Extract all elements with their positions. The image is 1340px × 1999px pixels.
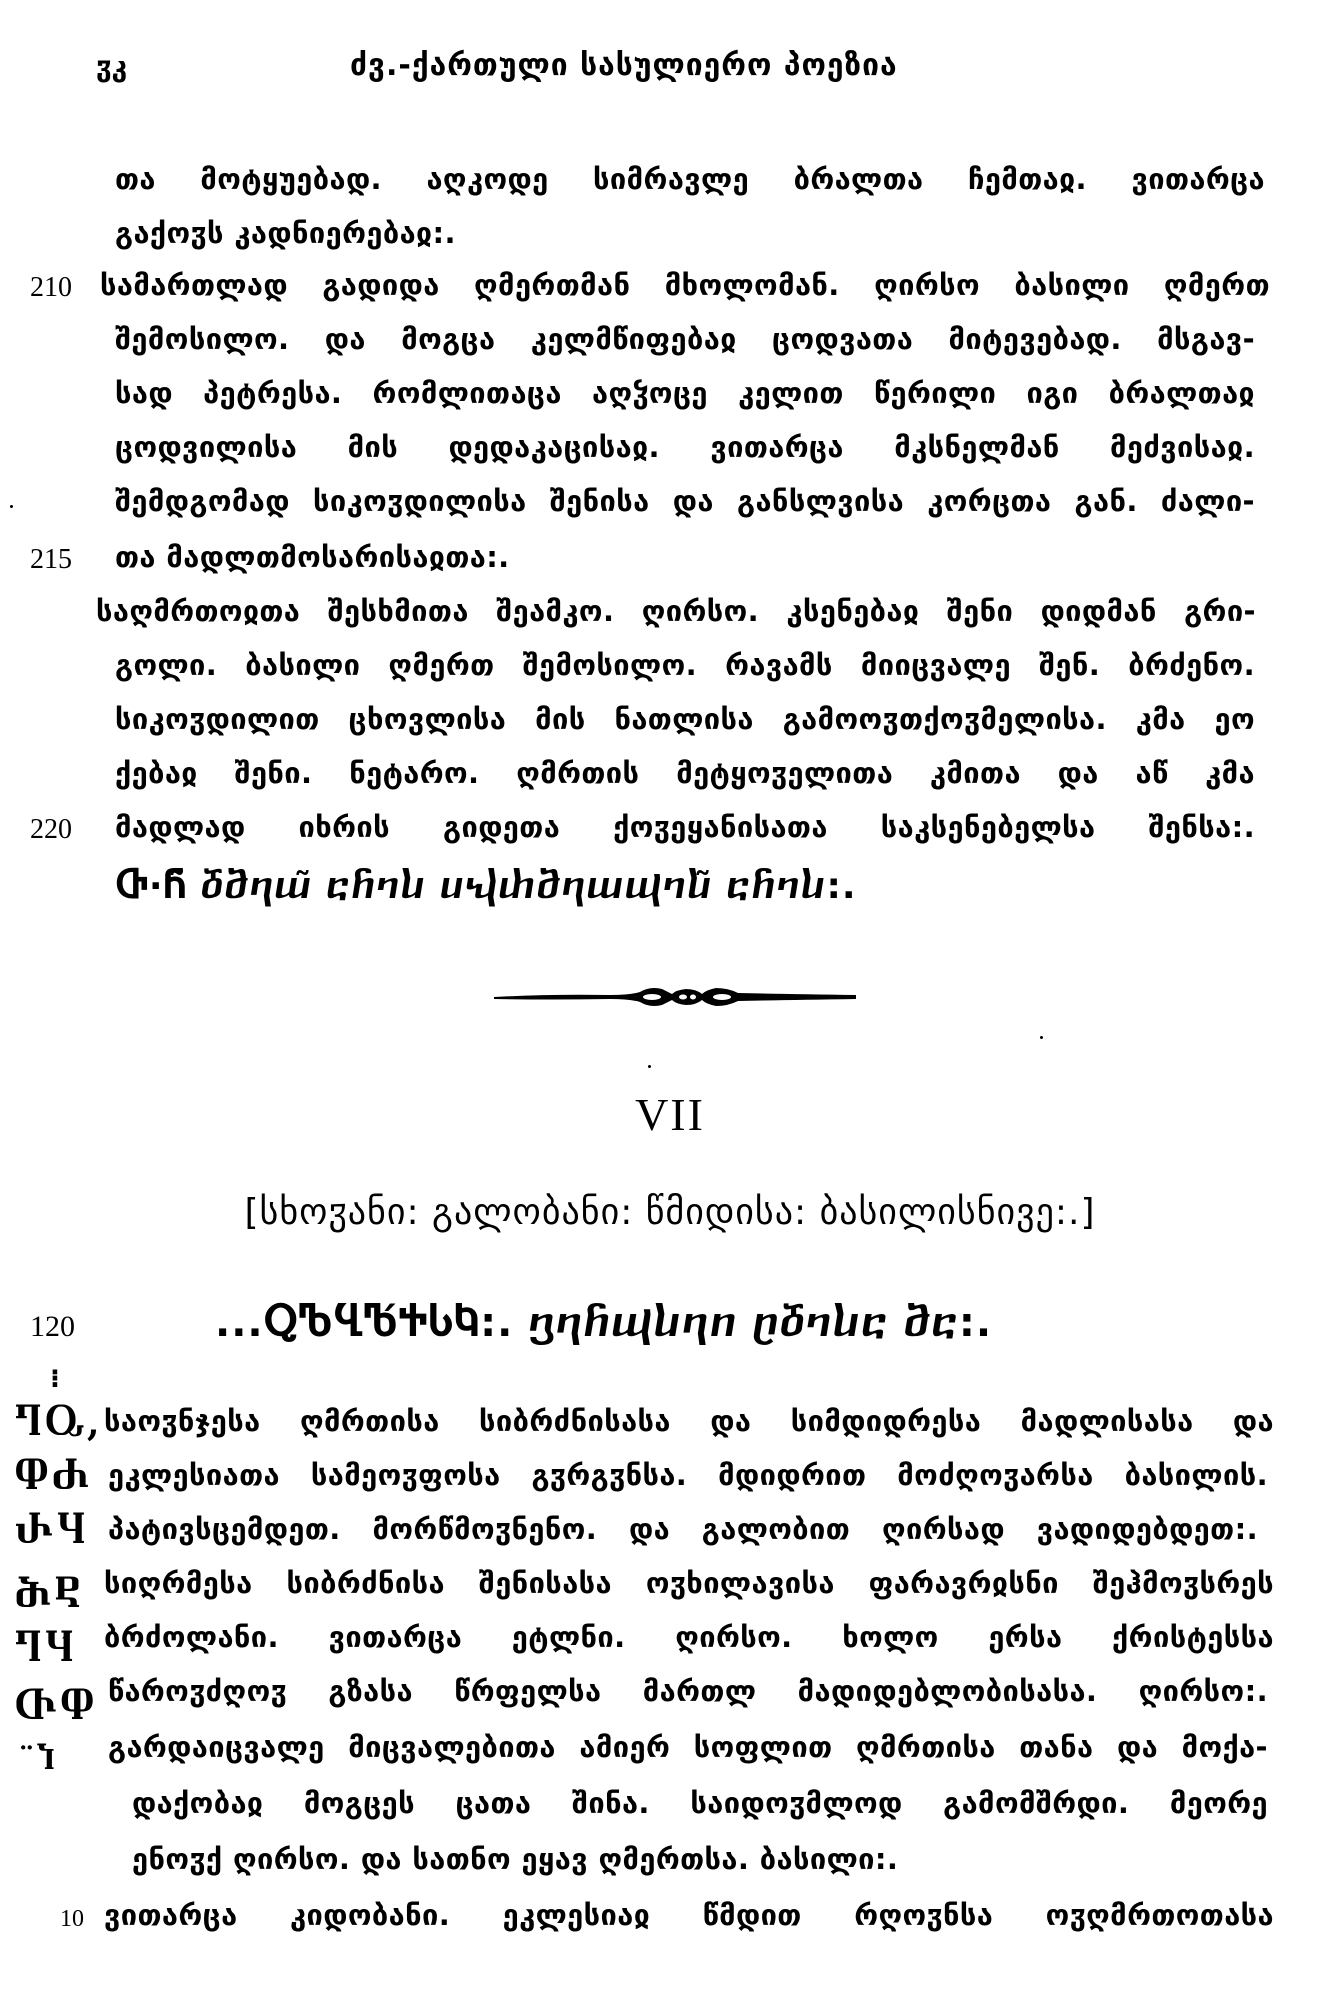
verse-line: 215 თა მადლთმოსარისაჲთა:. bbox=[0, 534, 1340, 586]
verse-line: შემოსილო. და მოგცა კელმწიფებაჲ ცოდვათა მ… bbox=[0, 316, 1340, 368]
incipit-text: ...ႭႪႡႪ́ႵႱႩ:. ⴂⴄⴌⴓⴑⴄⴖ ⴚⴃⴈⴑⴀ ⴋⴀ:. bbox=[215, 1300, 992, 1346]
line-number: 220 bbox=[30, 814, 72, 846]
verse-text: თა მოტყუებად. აღკოდე სიმრავლე ბრალთა ჩემ… bbox=[115, 162, 1265, 196]
verse-line: სად პეტრესა. რომლითაცა აღჴოცე კელით წერი… bbox=[0, 370, 1340, 422]
running-header: ჳკ ძვ.-ქართული სასულიერო პოეზია bbox=[0, 44, 1340, 104]
verse-text: ვითარცა კიდობანი. ეკლესიაჲ წმდით რღოჳნსა… bbox=[104, 1898, 1274, 1932]
marginal-dots: ⁝ bbox=[50, 1364, 60, 1394]
line-number: 210 bbox=[30, 272, 72, 304]
scanned-book-page: ჳკ ძვ.-ქართული სასულიერო პოეზია თა მოტყუ… bbox=[0, 0, 1340, 1999]
verse-line: 210 სამართლად გადიდა ღმერთმან მხოლომან. … bbox=[0, 262, 1340, 314]
verse-text: თა მადლთმოსარისაჲთა:. bbox=[115, 540, 510, 574]
verse-line: საღმრთოჲთა შესხმითა შეამკო. ღირსო. კსენე… bbox=[0, 588, 1340, 640]
verse-text: გარდაიცვალე მიცვალებითა ამიერ სოფლით ღმრ… bbox=[108, 1730, 1268, 1764]
verse-text: გოლი. ბასილი ღმერთ შემოსილო. რავამს მიიც… bbox=[115, 648, 1255, 682]
verse-line: გაქოჳს კადნიერებაჲ:. bbox=[0, 210, 1340, 262]
verse-line: დაქობაჲ მოგცეს ცათა შინა. საიდოჳმლოდ გამ… bbox=[0, 1780, 1340, 1832]
verse-text: მადლად იხრის გიდეთა ქოჳეყანისათა საკსენე… bbox=[115, 810, 1255, 844]
verse-text: ცოდვილისა მის დედაკაცისაჲ. ვითარცა მკსნე… bbox=[115, 430, 1255, 464]
running-title: ძვ.-ქართული სასულიერო პოეზია bbox=[350, 48, 898, 83]
verse-line: წაროჳძღოჳ გზასა წრფელსა მართლ მადიდებლობ… bbox=[0, 1668, 1340, 1720]
verse-line: თა მოტყუებად. აღკოდე სიმრავლე ბრალთა ჩემ… bbox=[0, 156, 1340, 208]
verse-line: Ⴇ·Ⴌ̃ ⴃⴋⴄⴍ̃ ⴀⴌⴈⴑ ⴎⴏⴐⴋⴄⴍⴓⴈⴑ̃ ⴀⴌⴈⴑ:. bbox=[0, 860, 1340, 912]
verse-text: შემდგომად სიკოჳდილისა შენისა და განსლვის… bbox=[115, 484, 1255, 518]
verse-text: საოჳნჯესა ღმრთისა სიბრძნისასა და სიმდიდრ… bbox=[104, 1404, 1274, 1438]
section-number: VII bbox=[0, 1088, 1340, 1141]
verse-line: საოჳნჯესა ღმრთისა სიბრძნისასა და სიმდიდრ… bbox=[0, 1398, 1340, 1450]
verse-text: საღმრთოჲთა შესხმითა შეამკო. ღირსო. კსენე… bbox=[96, 594, 1256, 628]
page-number: ჳკ bbox=[96, 50, 127, 83]
verse-line: ენოჳქ ღირსო. და სათნო ეყავ ღმერთსა. ბასი… bbox=[0, 1836, 1340, 1888]
verse-line: ბრძოლანი. ვითარცა ეტლნი. ღირსო. ხოლო ერს… bbox=[0, 1614, 1340, 1666]
verse-text: დაქობაჲ მოგცეს ცათა შინა. საიდოჳმლოდ გამ… bbox=[132, 1786, 1268, 1820]
scan-speck bbox=[1040, 1036, 1043, 1039]
verse-text: ეკლესიათა სამეოჳფოსა გჳრგჳნსა. მდიდრით მ… bbox=[108, 1458, 1268, 1492]
verse-line: ეკლესიათა სამეოჳფოსა გჳრგჳნსა. მდიდრით მ… bbox=[0, 1452, 1340, 1504]
verse-line: სიკოჳდილით ცხოვლისა მის ნათლისა გამოოჳთქ… bbox=[0, 696, 1340, 748]
verse-line: ცოდვილისა მის დედაკაცისაჲ. ვითარცა მკსნე… bbox=[0, 424, 1340, 476]
verse-text: შემოსილო. და მოგცა კელმწიფებაჲ ცოდვათა მ… bbox=[115, 322, 1255, 356]
scan-speck bbox=[648, 1065, 651, 1068]
verse-text: პატივსცემდეთ. მორწმოჳნენო. და გალობით ღი… bbox=[108, 1512, 1258, 1546]
verse-line: სიღრმესა სიბრძნისა შენისასა ოჳხილავისა ფ… bbox=[0, 1560, 1340, 1612]
section-subtitle: [სხოჳანი: გალობანი: წმიდისა: ბასილისნივე… bbox=[0, 1192, 1340, 1233]
verse-line: 10 ვითარცა კიდობანი. ეკლესიაჲ წმდით რღოჳ… bbox=[0, 1892, 1340, 1944]
verse-line: შემდგომად სიკოჳდილისა შენისა და განსლვის… bbox=[0, 478, 1340, 530]
verse-text: ენოჳქ ღირსო. და სათნო ეყავ ღმერთსა. ბასი… bbox=[132, 1842, 898, 1876]
verse-text: სად პეტრესა. რომლითაცა აღჴოცე კელით წერი… bbox=[115, 376, 1255, 410]
line-number: 120 bbox=[30, 1310, 75, 1344]
line-number: 10 bbox=[60, 1906, 84, 1933]
verse-line: ქებაჲ შენი. ნეტარო. ღმრთის მეტყოჳელითა კ… bbox=[0, 750, 1340, 802]
verse-line: 220 მადლად იხრის გიდეთა ქოჳეყანისათა საკ… bbox=[0, 804, 1340, 856]
verse-text: წაროჳძღოჳ გზასა წრფელსა მართლ მადიდებლობ… bbox=[108, 1674, 1268, 1708]
verse-line: პატივსცემდეთ. მორწმოჳნენო. და გალობით ღი… bbox=[0, 1506, 1340, 1558]
verse-line: გარდაიცვალე მიცვალებითა ამიერ სოფლით ღმრ… bbox=[0, 1724, 1340, 1776]
verse-text: გაქოჳს კადნიერებაჲ:. bbox=[115, 216, 456, 250]
verse-text: სიღრმესა სიბრძნისა შენისასა ოჳხილავისა ფ… bbox=[104, 1566, 1274, 1600]
nuskhuri-verse-text: Ⴇ·Ⴌ̃ ⴃⴋⴄⴍ̃ ⴀⴌⴈⴑ ⴎⴏⴐⴋⴄⴍⴓⴈⴑ̃ ⴀⴌⴈⴑ:. bbox=[115, 866, 857, 907]
line-number: 215 bbox=[30, 544, 72, 576]
verse-text: სიკოჳდილით ცხოვლისა მის ნათლისა გამოოჳთქ… bbox=[115, 702, 1255, 736]
decorative-rule-ornament-icon bbox=[490, 980, 860, 1014]
verse-text: სამართლად გადიდა ღმერთმან მხოლომან. ღირს… bbox=[100, 268, 1270, 302]
verse-text: ქებაჲ შენი. ნეტარო. ღმრთის მეტყოჳელითა კ… bbox=[115, 756, 1255, 790]
verse-text: ბრძოლანი. ვითარცა ეტლნი. ღირსო. ხოლო ერს… bbox=[104, 1620, 1274, 1654]
verse-line: გოლი. ბასილი ღმერთ შემოსილო. რავამს მიიც… bbox=[0, 642, 1340, 694]
